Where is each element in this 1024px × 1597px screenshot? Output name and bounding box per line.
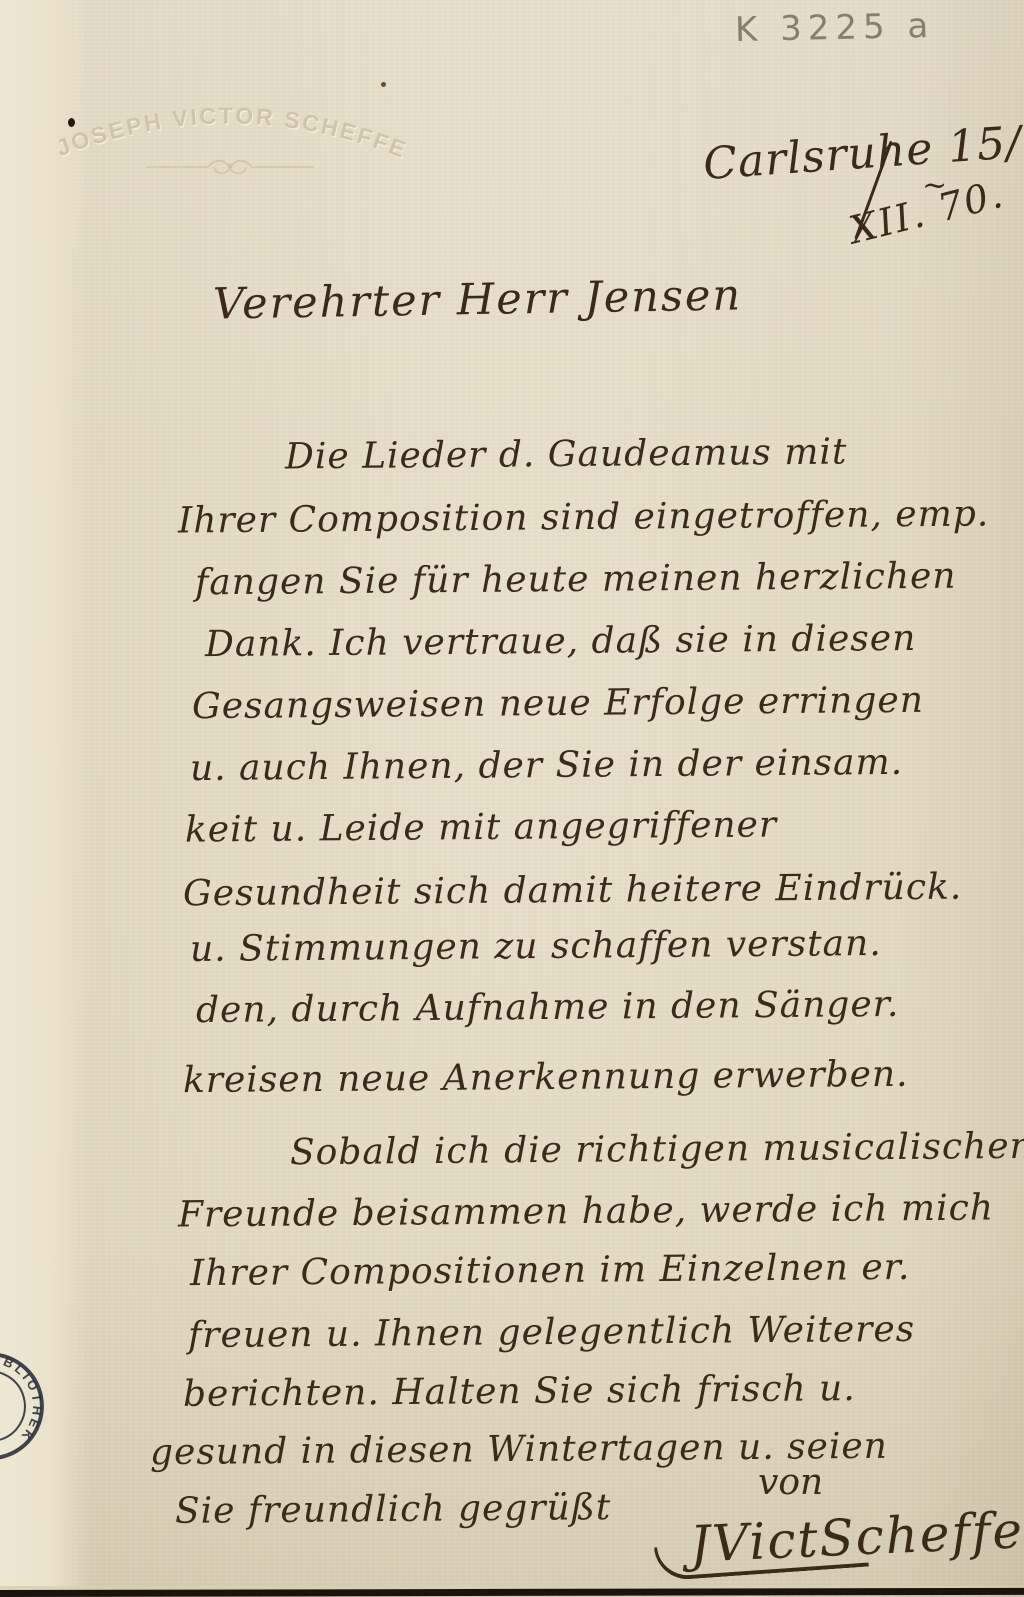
letter-line: Dank. Ich vertraue, daß sie in diesen: [205, 613, 917, 671]
letter-line: Sobald ich die richtigen musicalischen: [290, 1121, 1024, 1179]
letter-line: Die Lieder d. Gaudeamus mit: [285, 427, 848, 484]
letter-line: fangen Sie für heute meinen herzlichen: [195, 551, 957, 610]
letter-line: Ihrer Composition sind eingetroffen, emp…: [178, 488, 990, 547]
letter-body: Die Lieder d. Gaudeamus mitIhrer Composi…: [0, 0, 1024, 1597]
letter-line: u. Stimmungen zu schaffen verstan.: [190, 918, 882, 976]
letter-line: Sie freundlich gegrüßt: [175, 1482, 612, 1538]
letter-line: Gesundheit sich damit heitere Eindrück.: [183, 862, 963, 921]
letter-scan-page: { "theme": { "paper": "#e6dec6", "ink": …: [0, 0, 1024, 1597]
letter-line: berichten. Halten Sie sich frisch u.: [183, 1363, 856, 1421]
letter-line: u. auch Ihnen, der Sie in der einsam.: [190, 737, 904, 795]
letter-line: freuen u. Ihnen gelegentlich Weiteres: [188, 1304, 916, 1362]
closing-von: von: [758, 1462, 823, 1503]
letter-line: Gesangsweisen neue Erfolge erringen: [192, 675, 924, 733]
letter-line: den, durch Aufnahme in den Sänger.: [196, 979, 900, 1037]
letter-line: kreisen neue Anerkennung erwerben.: [183, 1049, 909, 1107]
library-stamp-emblem-icon: [0, 1384, 3, 1430]
letter-line: Freunde beisammen habe, werde ich mich: [178, 1182, 994, 1241]
letter-line: keit u. Leide mit angegriffener: [185, 799, 778, 856]
letter-line: Ihrer Compositionen im Einzelnen er.: [190, 1242, 911, 1300]
